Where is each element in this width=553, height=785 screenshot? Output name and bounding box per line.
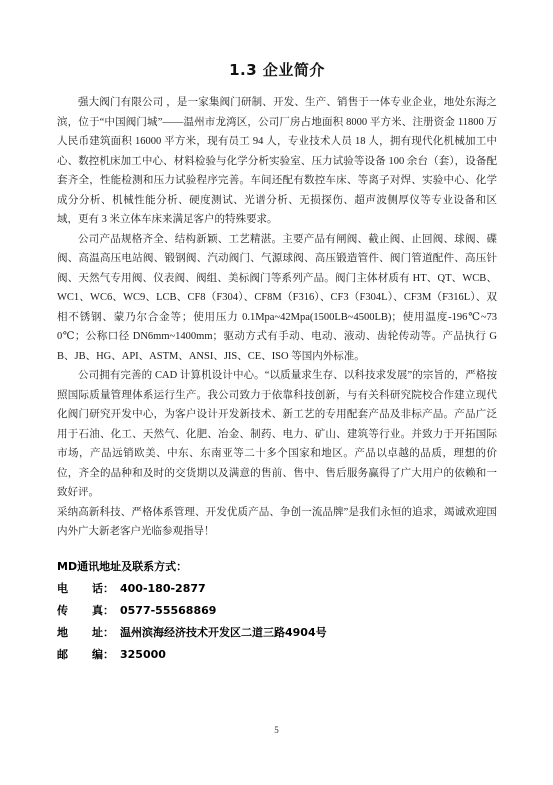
contact-value-address: 温州滨海经济技术开发区二道三路4904号 xyxy=(120,622,327,644)
paragraph-company-intro: 强大阀门有限公司 ，是一家集阀门研制、开发、生产、销售于一体专业企业，地处东海之… xyxy=(57,93,497,230)
contact-section: MD通讯地址及联系方式： 电 话： 400-180-2877 传 真： 0577… xyxy=(57,556,497,666)
paragraph-slogan: 采纳高新科技、严格体系管理、开发优质产品、争创一流品牌”是我们永恒的追求，竭诚欢… xyxy=(57,503,497,542)
contact-row-address: 地 址： 温州滨海经济技术开发区二道三路4904号 xyxy=(57,622,497,644)
contact-label-zipcode: 邮 编： xyxy=(57,644,114,666)
contact-heading: MD通讯地址及联系方式： xyxy=(57,556,497,578)
contact-row-fax: 传 真： 0577-55568869 xyxy=(57,600,497,622)
contact-row-zipcode: 邮 编： 325000 xyxy=(57,644,497,666)
contact-label-fax-first: 传 xyxy=(57,600,68,622)
page-number: 5 xyxy=(0,725,553,735)
contact-value-fax: 0577-55568869 xyxy=(120,600,216,622)
contact-label-phone: 电 话： xyxy=(57,578,114,600)
contact-label-fax: 传 真： xyxy=(57,600,114,622)
section-title: 1.3 企业简介 xyxy=(57,58,497,82)
contact-label-fax-last: 真： xyxy=(92,600,114,622)
contact-label-address-last: 址： xyxy=(92,622,114,644)
document-page: 1.3 企业简介 强大阀门有限公司 ，是一家集阀门研制、开发、生产、销售于一体专… xyxy=(0,0,553,785)
contact-row-phone: 电 话： 400-180-2877 xyxy=(57,578,497,600)
contact-value-phone: 400-180-2877 xyxy=(120,578,206,600)
contact-value-zipcode: 325000 xyxy=(120,644,166,666)
paragraph-quality-market: 公司拥有完善的 CAD 计算机设计中心。“以质量求生存、以科技求发展”的宗旨的，… xyxy=(57,366,497,503)
document-content: 1.3 企业简介 强大阀门有限公司 ，是一家集阀门研制、开发、生产、销售于一体专… xyxy=(0,0,553,666)
contact-label-zipcode-last: 编： xyxy=(92,644,114,666)
paragraph-products: 公司产品规格齐全、结构新颖、工艺精湛。主要产品有闸阀、截止阀、止回阀、球阀、碟阀… xyxy=(57,230,497,367)
contact-label-phone-last: 话： xyxy=(92,578,114,600)
contact-label-phone-first: 电 xyxy=(57,578,68,600)
contact-label-zipcode-first: 邮 xyxy=(57,644,68,666)
contact-label-address: 地 址： xyxy=(57,622,114,644)
contact-label-address-first: 地 xyxy=(57,622,68,644)
